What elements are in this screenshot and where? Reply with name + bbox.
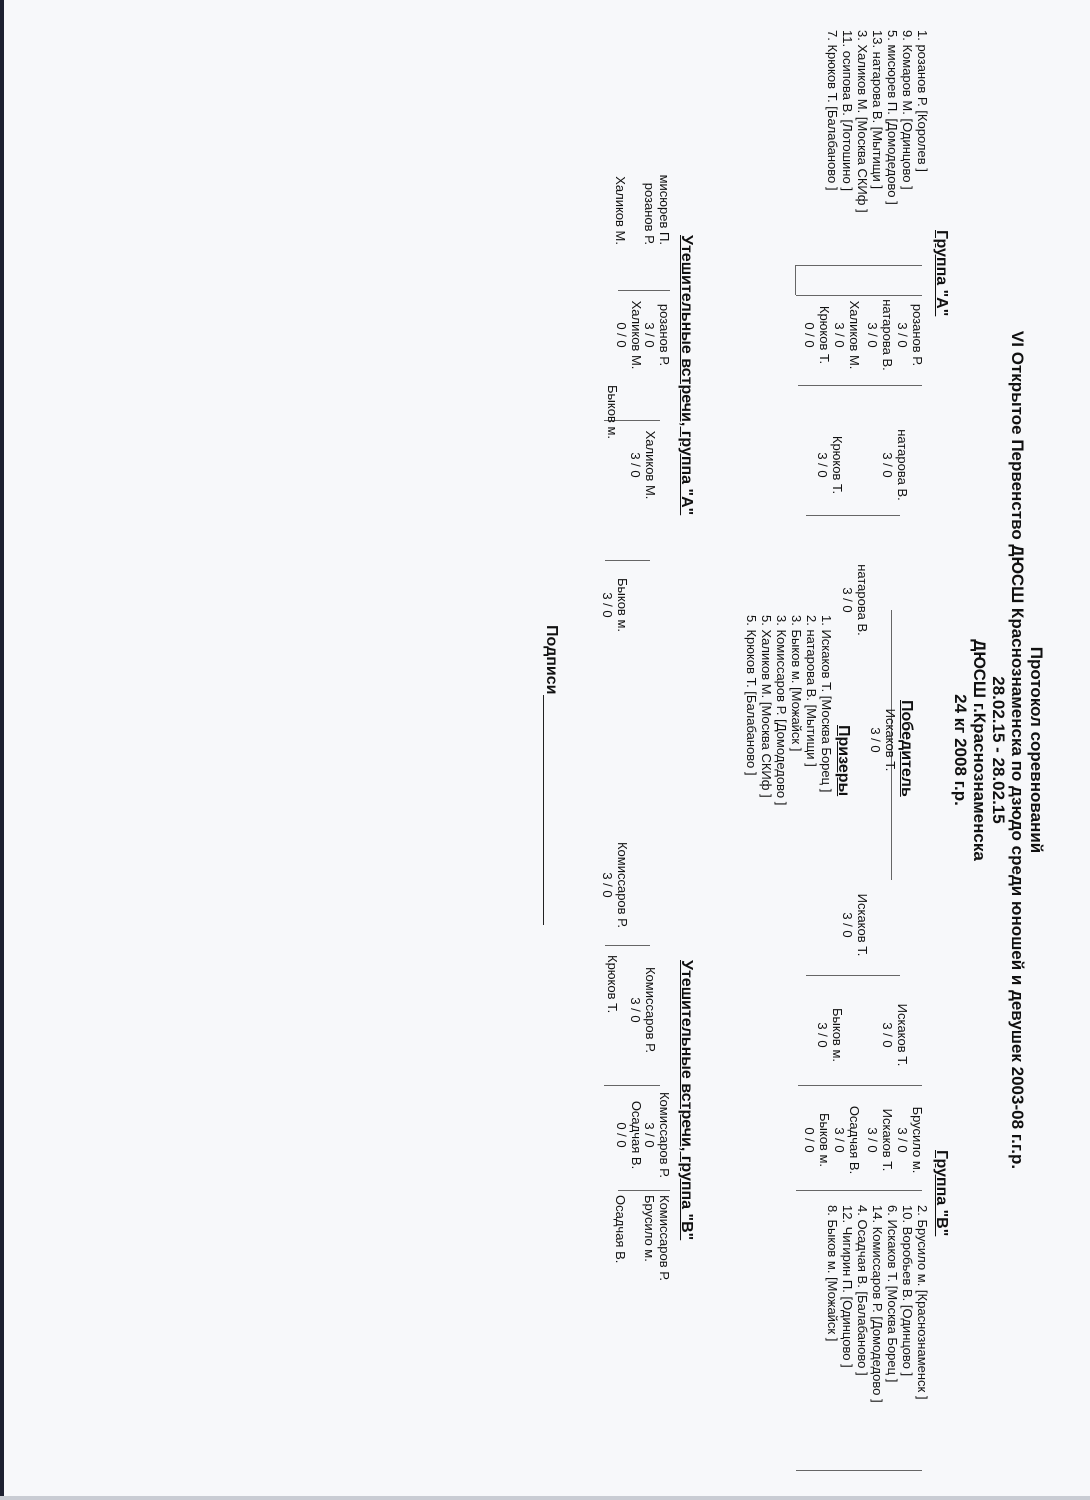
group-b-title: Группа "В" [932,1150,950,1236]
group-b-participants: 2. Брусило м. [Краснознаменск ] 10. Воро… [825,1205,930,1403]
match-result: розанов Р.3 / 0 [642,290,672,380]
bracket-line [858,1085,922,1086]
match-result: Комиссаров Р.3 / 0 [628,965,658,1055]
match-result: Халиков М.3 / 0 [628,420,658,510]
participant: 11. осипова В. [Лотошино ] [840,30,855,213]
winner-result: Искаков Т.3 / 0 [868,695,898,785]
bracket-line [604,1085,660,1086]
match-result: Крюков Т.0 / 0 [802,290,832,380]
prize-item: 3. Быков м. [Можайск ] [789,615,804,805]
consolation-a-title: Утешительные встречи, группа "А" [677,235,695,515]
prize-item: 5. Халиков М. [Москва СКИф ] [759,615,774,805]
signatures-label: Подписи [542,625,560,694]
consolation-entrant: Осадчая В. [613,1195,628,1263]
match-result: Осадчая В.3 / 0 [832,1095,862,1185]
doc-subtitle: VI Открытое Первенство ДЮСШ Краснознамен… [1007,0,1027,1500]
match-result: Искаков Т.3 / 0 [880,990,910,1080]
bracket-line [806,975,900,976]
match-result: натарова В.Крюков Т.3 / 0 [815,420,845,510]
signature-line[interactable] [543,695,544,925]
bracket-line [605,945,650,946]
group-b-final: Искаков Т.3 / 0 [840,880,870,970]
consolation-b-final: Комиссаров Р.3 / 0 [600,840,630,930]
match-result: натарова В.3 / 0 [880,420,910,510]
consolation-entrant: мисюрев П. [657,165,672,245]
group-a-title: Группа "А" [932,230,950,316]
bracket-line [858,385,922,386]
participant: 7. Крюков Т. [Балабаново ] [825,30,840,213]
bracket-line [618,1190,670,1191]
doc-dates: 28.02.15 - 28.02.15 [988,0,1008,1500]
consolation-a-final: Быков м.3 / 0 [600,560,630,650]
participant: 3. Халиков М. [Москва СКИф ] [855,30,870,213]
bracket-line [806,515,900,516]
prizes-label: Призеры [834,725,852,796]
bracket-line [796,1190,922,1191]
participant: 13. натарова В. [Мытищи ] [870,30,885,213]
prize-item: 2. натарова В. [Мытищи ] [804,615,819,805]
prize-item: 3. Комиссаров Р. [Домодедово ] [774,615,789,805]
participant: 12. Чигирин П. [Одинцово ] [840,1205,855,1403]
participant: 9. Комаров М. [Одинцово ] [900,30,915,213]
protocol-sheet: Протокол соревнований VI Открытое Первен… [0,0,1090,1500]
winner-label: Победитель [897,700,915,797]
match-result: Осадчая В.0 / 0 [614,1090,644,1180]
match-result: Брусило м.3 / 0 [895,1095,925,1185]
bracket-line [798,385,858,386]
bracket-line [795,265,796,295]
bracket-line [796,265,922,266]
consolation-b-title: Утешительные встречи, группа "В" [677,960,695,1240]
match-result: Искаков Т.3 / 0 [865,1095,895,1185]
consolation-entrant: Комиссаров Р. [657,1195,672,1281]
consolation-entrant: Крюков Т. [605,955,620,1013]
participant: 1. розанов Р. [Королев ] [915,30,930,213]
participant: 14. Комиссаров Р. [Домодедово ] [870,1205,885,1403]
participant: 5. мисюрев П. [Домодедово ] [885,30,900,213]
participant: 10. Воробьев В. [Одинцово ] [900,1205,915,1403]
participant: 4. Осадчая В. [Балабаново ] [855,1205,870,1403]
match-result: Быков м.3 / 0 [815,990,845,1080]
match-result: Быков м.0 / 0 [802,1095,832,1185]
consolation-entrant: Быков м. [605,385,620,439]
group-a-final: натарова В.3 / 0 [840,555,870,645]
bracket-line [798,1085,858,1086]
match-result: натарова В.3 / 0 [865,290,895,380]
bracket-line [796,1470,922,1471]
prize-item: 1. Искаков Т. [Москва Борец ] [819,615,834,805]
participant: 2. Брусило м. [Краснознаменск ] [915,1205,930,1403]
group-a-participants: 1. розанов Р. [Королев ] 9. Комаров М. [… [825,30,930,213]
participant: 8. Быков м. [Можайск ] [825,1205,840,1403]
doc-category: 24 кг 2008 г.р. [950,0,970,1500]
match-result: Комиссаров Р.3 / 0 [642,1090,672,1180]
participant: 6. Искаков Т. [Москва Борец ] [885,1205,900,1403]
consolation-entrant: Халиков М. [613,165,628,245]
match-result: Халиков М.0 / 0 [614,290,644,380]
doc-venue: ДЮСШ г.Краснознаменска [969,0,989,1500]
prize-item: 5. Крюков Т. [Балабаново ] [744,615,759,805]
prizes-list: 1. Искаков Т. [Москва Борец ] 2. натаров… [744,615,834,805]
consolation-entrant: Брусило м. [642,1195,657,1262]
match-result: розанов Р.3 / 0 [895,290,925,380]
doc-title: Протокол соревнований [1026,0,1046,1500]
match-result: Халиков М.3 / 0 [832,290,862,380]
consolation-entrant: розанов Р. [642,165,657,245]
